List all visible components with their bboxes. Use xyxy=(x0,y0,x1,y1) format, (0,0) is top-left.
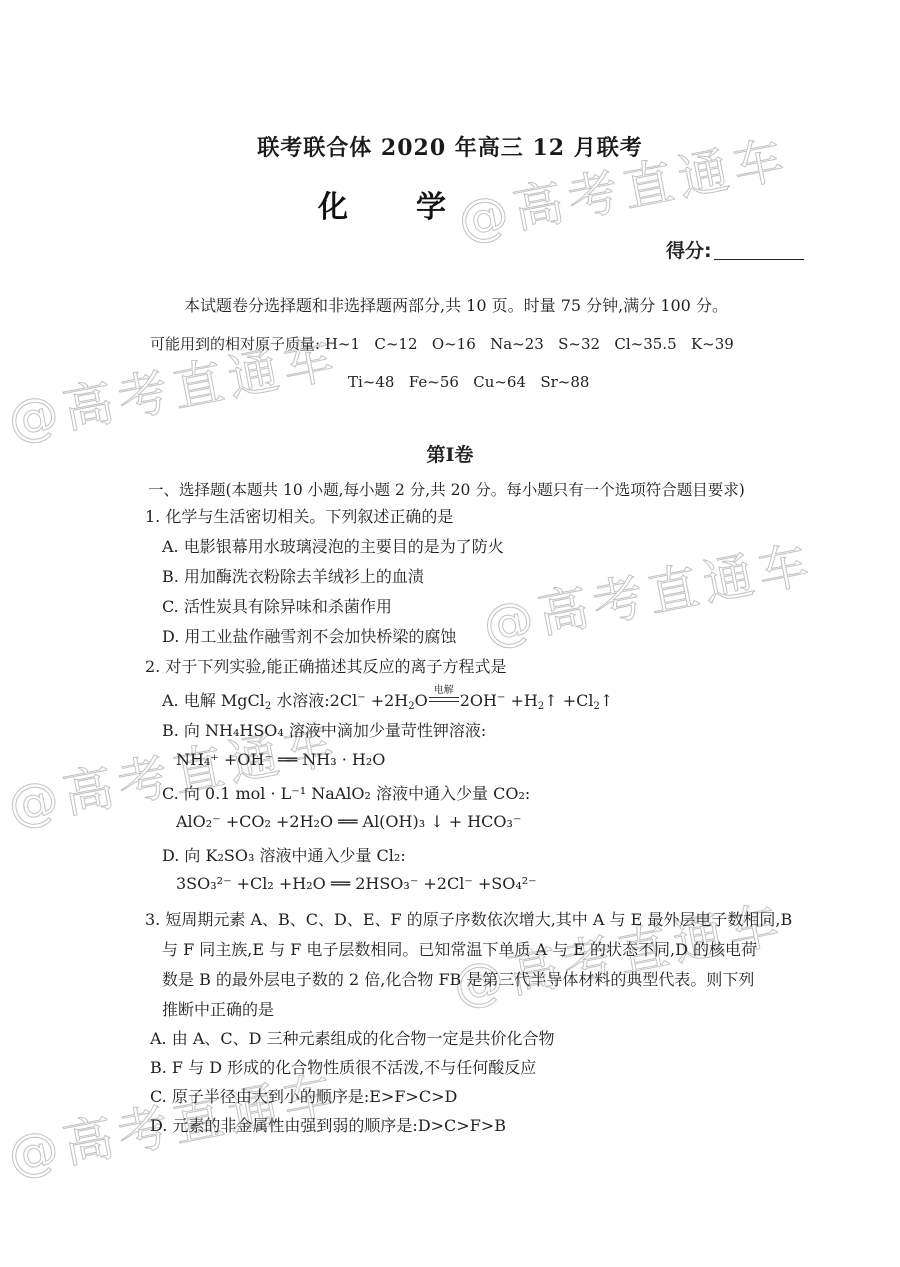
score-field: 得分: xyxy=(666,236,804,263)
atomic-mass-label: 可能用到的相对原子质量: xyxy=(150,335,320,353)
question-text: 对于下列实验,能正确描述其反应的离子方程式是 xyxy=(165,657,506,676)
atomic-mass-row-1: 可能用到的相对原子质量: H~1 C~12 O~16 Na~23 S~32 Cl… xyxy=(150,333,734,354)
question-2-stem: 2. 对于下列实验,能正确描述其反应的离子方程式是 xyxy=(145,654,506,677)
exam-info: 本试题卷分选择题和非选择题两部分,共 10 页。时量 75 分钟,满分 100 … xyxy=(184,293,728,316)
atomic-mass: Fe~56 xyxy=(409,373,459,391)
subject-title: 化学 xyxy=(318,182,514,226)
condition-label: 电解 xyxy=(428,681,460,696)
exam-title: 联考联合体 2020 年高三 12 月联考 xyxy=(0,131,900,162)
atomic-mass: K~39 xyxy=(691,335,734,353)
option-text: 水溶液:2Cl xyxy=(271,691,357,710)
question-number: 1. xyxy=(145,507,160,526)
question-1-stem: 1. 化学与生活密切相关。下列叙述正确的是 xyxy=(145,504,453,527)
question-3-stem-line-2: 与 F 同主族,E 与 F 电子层数相同。已知常温下单质 A 与 E 的状态不同… xyxy=(162,937,757,960)
volume-title: 第Ⅰ卷 xyxy=(0,440,900,467)
atomic-mass: Cu~64 xyxy=(473,373,526,391)
q1-option-d: D. 用工业盐作融雪剂不会加快桥梁的腐蚀 xyxy=(162,624,456,647)
q1-option-c: C. 活性炭具有除异味和杀菌作用 xyxy=(162,594,392,617)
atomic-mass-row-2: Ti~48 Fe~56 Cu~64 Sr~88 xyxy=(348,373,589,391)
q2-option-c: C. 向 0.1 mol · L⁻¹ NaAlO₂ 溶液中通入少量 CO₂: xyxy=(162,781,530,804)
exam-page: @高考直通车 @高考直通车 @高考直通车 @高考直通车 @高考直通车 @高考直通… xyxy=(0,0,900,1267)
atomic-mass: Cl~35.5 xyxy=(614,335,676,353)
q3-option-a: A. 由 A、C、D 三种元素组成的化合物一定是共价化合物 xyxy=(150,1026,555,1049)
atomic-mass: Na~23 xyxy=(490,335,544,353)
electrolysis-arrow: 电解 xyxy=(428,691,460,710)
question-text: 化学与生活密切相关。下列叙述正确的是 xyxy=(165,507,453,526)
watermark: @高考直通车 xyxy=(476,524,820,659)
option-text: A. 电解 MgCl xyxy=(162,691,265,710)
atomic-mass: C~12 xyxy=(374,335,417,353)
atomic-mass: S~32 xyxy=(558,335,600,353)
question-3-stem-line-4: 推断中正确的是 xyxy=(162,997,274,1020)
q2-option-b: B. 向 NH₄HSO₄ 溶液中滴加少量苛性钾溶液: xyxy=(162,718,486,741)
q3-option-d: D. 元素的非金属性由强到弱的顺序是:D>C>F>B xyxy=(150,1113,506,1136)
part-heading: 一、选择题(本题共 10 小题,每小题 2 分,共 20 分。每小题只有一个选项… xyxy=(148,478,745,500)
atomic-mass: O~16 xyxy=(432,335,476,353)
q2-option-a: A. 电解 MgCl2 水溶液:2Cl− +2H2O电解2OH− +H2↑ +C… xyxy=(162,688,613,712)
question-number: 2. xyxy=(145,657,160,676)
question-3-stem-line-3: 数是 B 的最外层电子数的 2 倍,化合物 FB 是第三代半导体材料的典型代表。… xyxy=(162,967,754,990)
question-3-stem-line-1: 3. 短周期元素 A、B、C、D、E、F 的原子序数依次增大,其中 A 与 E … xyxy=(145,907,792,930)
q1-option-b: B. 用加酶洗衣粉除去羊绒衫上的血渍 xyxy=(162,564,424,587)
atomic-mass: Ti~48 xyxy=(348,373,394,391)
q2-option-b-equation: NH₄⁺ +OH⁻ ══ NH₃ · H₂O xyxy=(176,750,385,769)
score-blank xyxy=(714,259,804,260)
q2-option-d-equation: 3SO₃²⁻ +Cl₂ +H₂O ══ 2HSO₃⁻ +2Cl⁻ +SO₄²⁻ xyxy=(176,874,537,893)
score-label: 得分: xyxy=(666,240,712,262)
atomic-mass: H~1 xyxy=(325,335,360,353)
atomic-mass: Sr~88 xyxy=(540,373,589,391)
q2-option-c-equation: AlO₂⁻ +CO₂ +2H₂O ══ Al(OH)₃ ↓ + HCO₃⁻ xyxy=(176,812,521,831)
q1-option-a: A. 电影银幕用水玻璃浸泡的主要目的是为了防火 xyxy=(162,534,504,557)
q2-option-d: D. 向 K₂SO₃ 溶液中通入少量 Cl₂: xyxy=(162,843,406,866)
q3-option-b: B. F 与 D 形成的化合物性质很不活泼,不与任何酸反应 xyxy=(150,1055,536,1078)
q3-option-c: C. 原子半径由大到小的顺序是:E>F>C>D xyxy=(150,1084,457,1107)
